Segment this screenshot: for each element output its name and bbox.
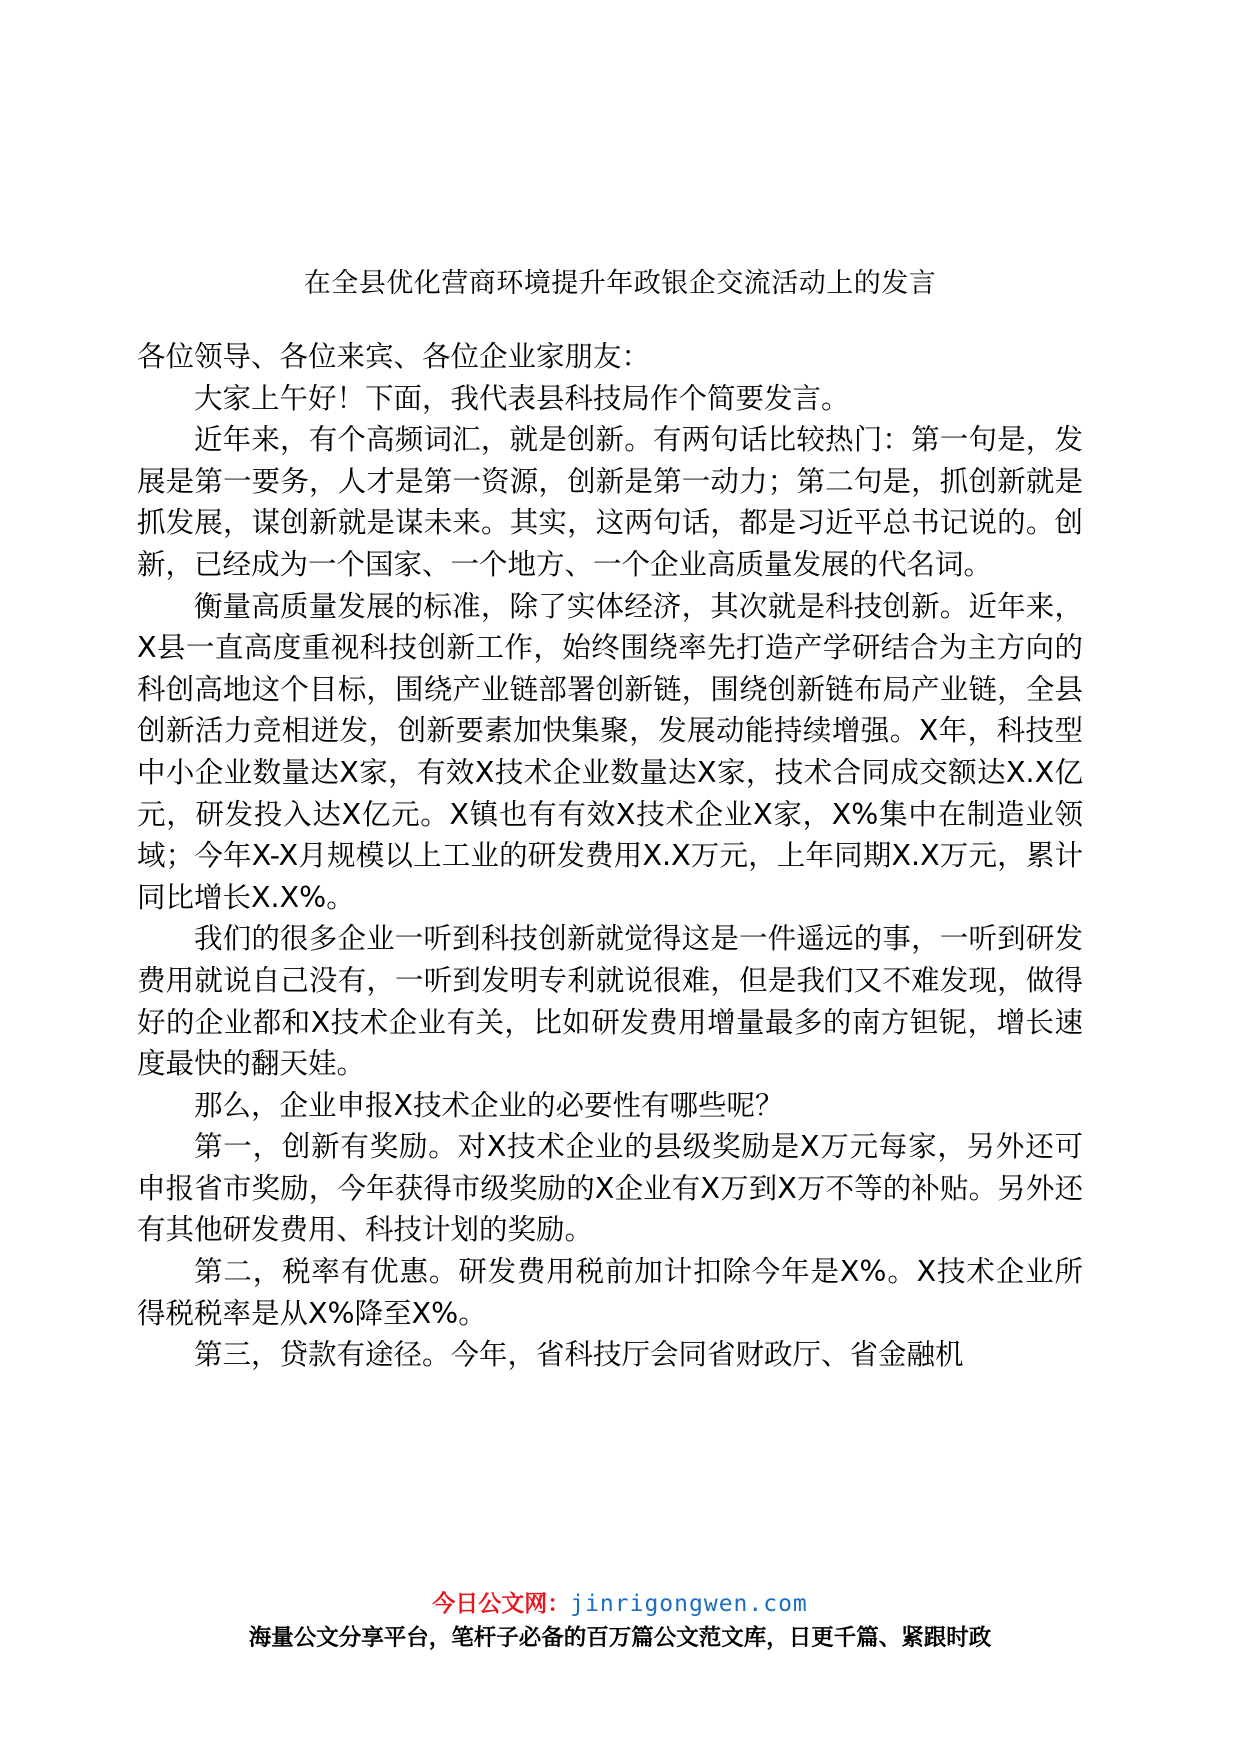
paragraph-greeting: 大家上午好！下面，我代表县科技局作个简要发言。 (137, 378, 1083, 420)
site-name: 今日公文网： (432, 1591, 570, 1617)
paragraph-point-tax: 第二，税率有优惠。研发费用税前加计扣除今年是X%。X技术企业所得税税率是从X%降… (137, 1251, 1083, 1334)
document-page: 在全县优化营商环境提升年政银企交流活动上的发言 各位领导、各位来宾、各位企业家朋… (0, 0, 1240, 1754)
paragraph-enterprise-attitude: 我们的很多企业一听到科技创新就觉得这是一件遥远的事，一听到研发费用就说自己没有，… (137, 918, 1083, 1084)
footer-watermark: 今日公文网：jinrigongwen.com 海量公文分享平台，笔杆子必备的百万… (0, 1589, 1240, 1653)
paragraph-county-achievements: 衡量高质量发展的标准，除了实体经济，其次就是科技创新。近年来，X县一直高度重视科… (137, 586, 1083, 919)
paragraph-point-rewards: 第一，创新有奖励。对X技术企业的县级奖励是X万元每家，另外还可申报省市奖励，今年… (137, 1126, 1083, 1251)
document-body: 各位领导、各位来宾、各位企业家朋友： 大家上午好！下面，我代表县科技局作个简要发… (137, 336, 1083, 1376)
footer-slogan: 海量公文分享平台，笔杆子必备的百万篇公文范文库，日更千篇、紧跟时政 (0, 1623, 1240, 1653)
document-title: 在全县优化营商环境提升年政银企交流活动上的发言 (0, 266, 1240, 302)
site-url-link[interactable]: jinrigongwen.com (570, 1591, 808, 1617)
footer-site-line: 今日公文网：jinrigongwen.com (0, 1589, 1240, 1619)
salutation: 各位领导、各位来宾、各位企业家朋友： (137, 336, 1083, 378)
paragraph-innovation-keyword: 近年来，有个高频词汇，就是创新。有两句话比较热门：第一句是，发展是第一要务，人才… (137, 419, 1083, 585)
paragraph-point-loans: 第三，贷款有途径。今年，省科技厅会同省财政厅、省金融机 (137, 1334, 1083, 1376)
paragraph-necessity-question: 那么，企业申报X技术企业的必要性有哪些呢？ (137, 1085, 1083, 1127)
